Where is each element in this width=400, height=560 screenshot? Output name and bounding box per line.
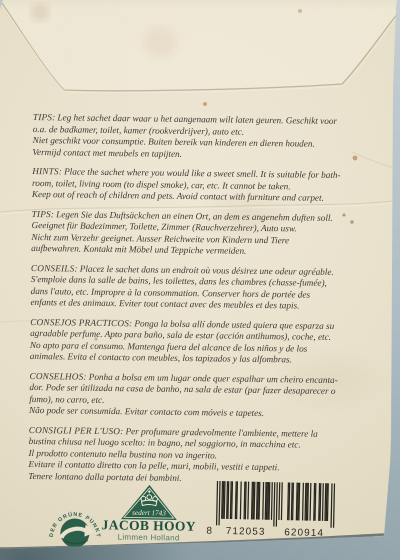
instruction-section-english: HINTS: Place the sachet where you would … (32, 166, 384, 205)
section-header: TIPS (32, 208, 51, 218)
envelope-flap (2, 0, 398, 91)
scanned-package-photo: TIPS: Leg het sachet daar waar u het aan… (0, 0, 400, 560)
instruction-section-spanish: CONSEJOS PRACTICOS: Ponga la bolsa allí … (30, 316, 383, 367)
instructions: TIPS: Leg het sachet daar waar u het aan… (28, 112, 385, 495)
barcode-left-digits: 712053 (226, 526, 266, 538)
section-header: CONSEJOS PRACTICOS (30, 316, 129, 327)
section-header: TIPS (33, 112, 52, 122)
brand-triangle-logo: sedert 1743 (120, 484, 179, 521)
brand-location: Limmen Holland (100, 532, 198, 544)
section-header: CONSIGLI PER L'USO (29, 424, 120, 435)
package-right-edge (385, 2, 398, 535)
barcode-lead-digit: 8 (206, 526, 212, 537)
svg-text:sedert 1743: sedert 1743 (132, 509, 166, 518)
barcode-right-digits: 620914 (284, 527, 324, 538)
section-body: : Placez le sachet dans un endroit où vo… (30, 263, 333, 310)
instruction-section-dutch: TIPS: Leg het sachet daar waar u het aan… (32, 112, 385, 163)
barcode-bars (216, 481, 335, 528)
barcode-svg: 8 712053 620914 (204, 480, 337, 539)
instruction-section-german: TIPS: Legen Sie das Duftsäckchen an eine… (31, 208, 384, 259)
brand-name: JACOB HOOY (100, 517, 198, 534)
section-body: : Place the sachet where you would like … (32, 166, 341, 202)
section-body: : Legen Sie das Duftsäckchen an einen Or… (31, 209, 333, 256)
brand-block: sedert 1743 JACOB HOOY Limmen Holland (100, 483, 199, 544)
instruction-section-french: CONSEILS: Placez le sachet dans un endro… (30, 262, 383, 313)
instruction-section-portuguese: CONSELHOS: Ponha a bolsa em um lugar ond… (29, 370, 382, 421)
section-header: CONSEILS (31, 262, 75, 273)
section-header: HINTS (32, 166, 59, 176)
sachet-package-back: TIPS: Leg het sachet daar waar u het aan… (0, 0, 400, 560)
instruction-section-italian: CONSIGLI PER L'USO: Per profumare gradev… (28, 424, 381, 486)
flap-seam-line (2, 3, 398, 91)
section-header: CONSELHOS (29, 370, 83, 381)
barcode: 8 712053 620914 (204, 480, 337, 539)
section-body: : Leg het sachet daar waar u het aangena… (32, 112, 337, 158)
green-dot-recycling-icon: DER GRÜNE PUNKT (47, 500, 104, 553)
